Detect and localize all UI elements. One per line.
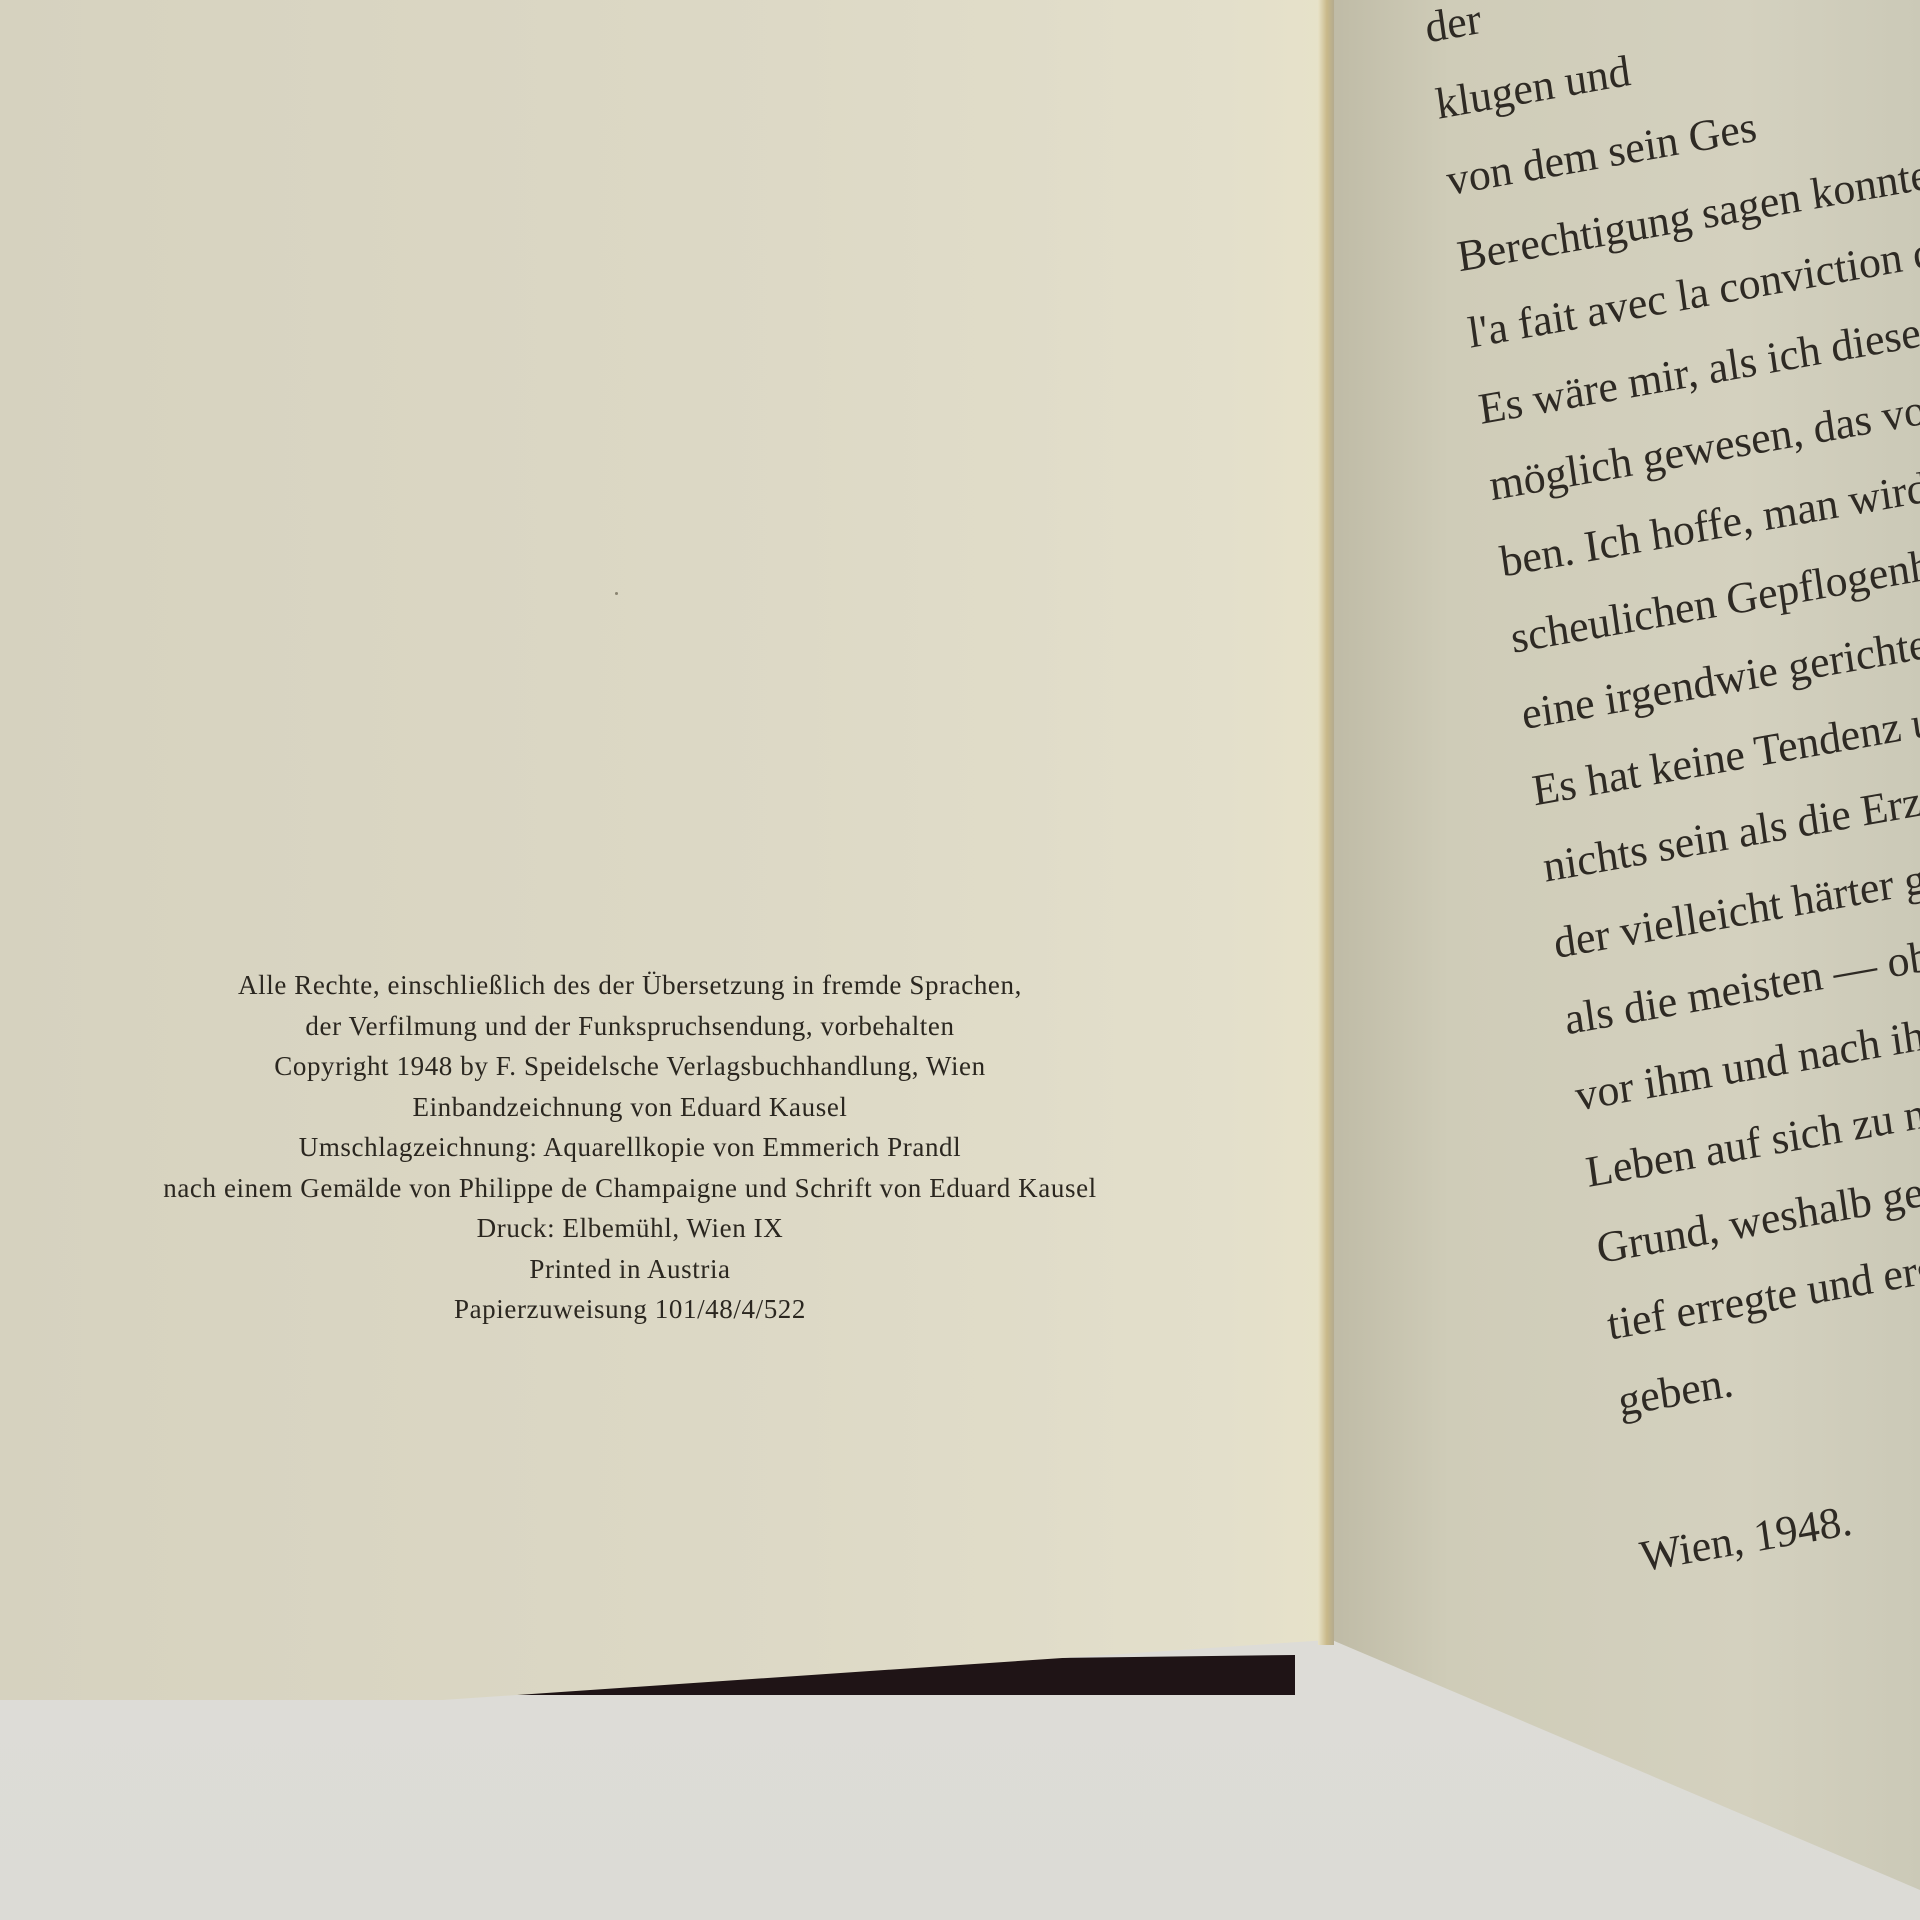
- imprint-line-film-radio: der Verfilmung und der Funkspruchsendung…: [80, 1006, 1180, 1047]
- imprint-line-rights: Alle Rechte, einschließlich des der Über…: [80, 965, 1180, 1006]
- imprint-line-binding-design: Einbandzeichnung von Eduard Kausel: [80, 1087, 1180, 1128]
- book-photo: Alle Rechte, einschließlich des der Über…: [0, 0, 1920, 1920]
- imprint-line-printed-in: Printed in Austria: [80, 1249, 1180, 1290]
- imprint-block: Alle Rechte, einschließlich des der Über…: [80, 965, 1180, 1330]
- imprint-line-copyright: Copyright 1948 by F. Speidelsche Verlags…: [80, 1046, 1180, 1087]
- imprint-line-paper-allocation: Papierzuweisung 101/48/4/522: [80, 1289, 1180, 1330]
- imprint-line-cover-design: Umschlagzeichnung: Aquarellkopie von Emm…: [80, 1127, 1180, 1168]
- paper-speck: [615, 592, 618, 595]
- imprint-line-painting-credit: nach einem Gemälde von Philippe de Champ…: [80, 1168, 1180, 1209]
- book-gutter: [1318, 0, 1334, 1645]
- imprint-line-printer: Druck: Elbemühl, Wien IX: [80, 1208, 1180, 1249]
- left-page: [0, 0, 1328, 1700]
